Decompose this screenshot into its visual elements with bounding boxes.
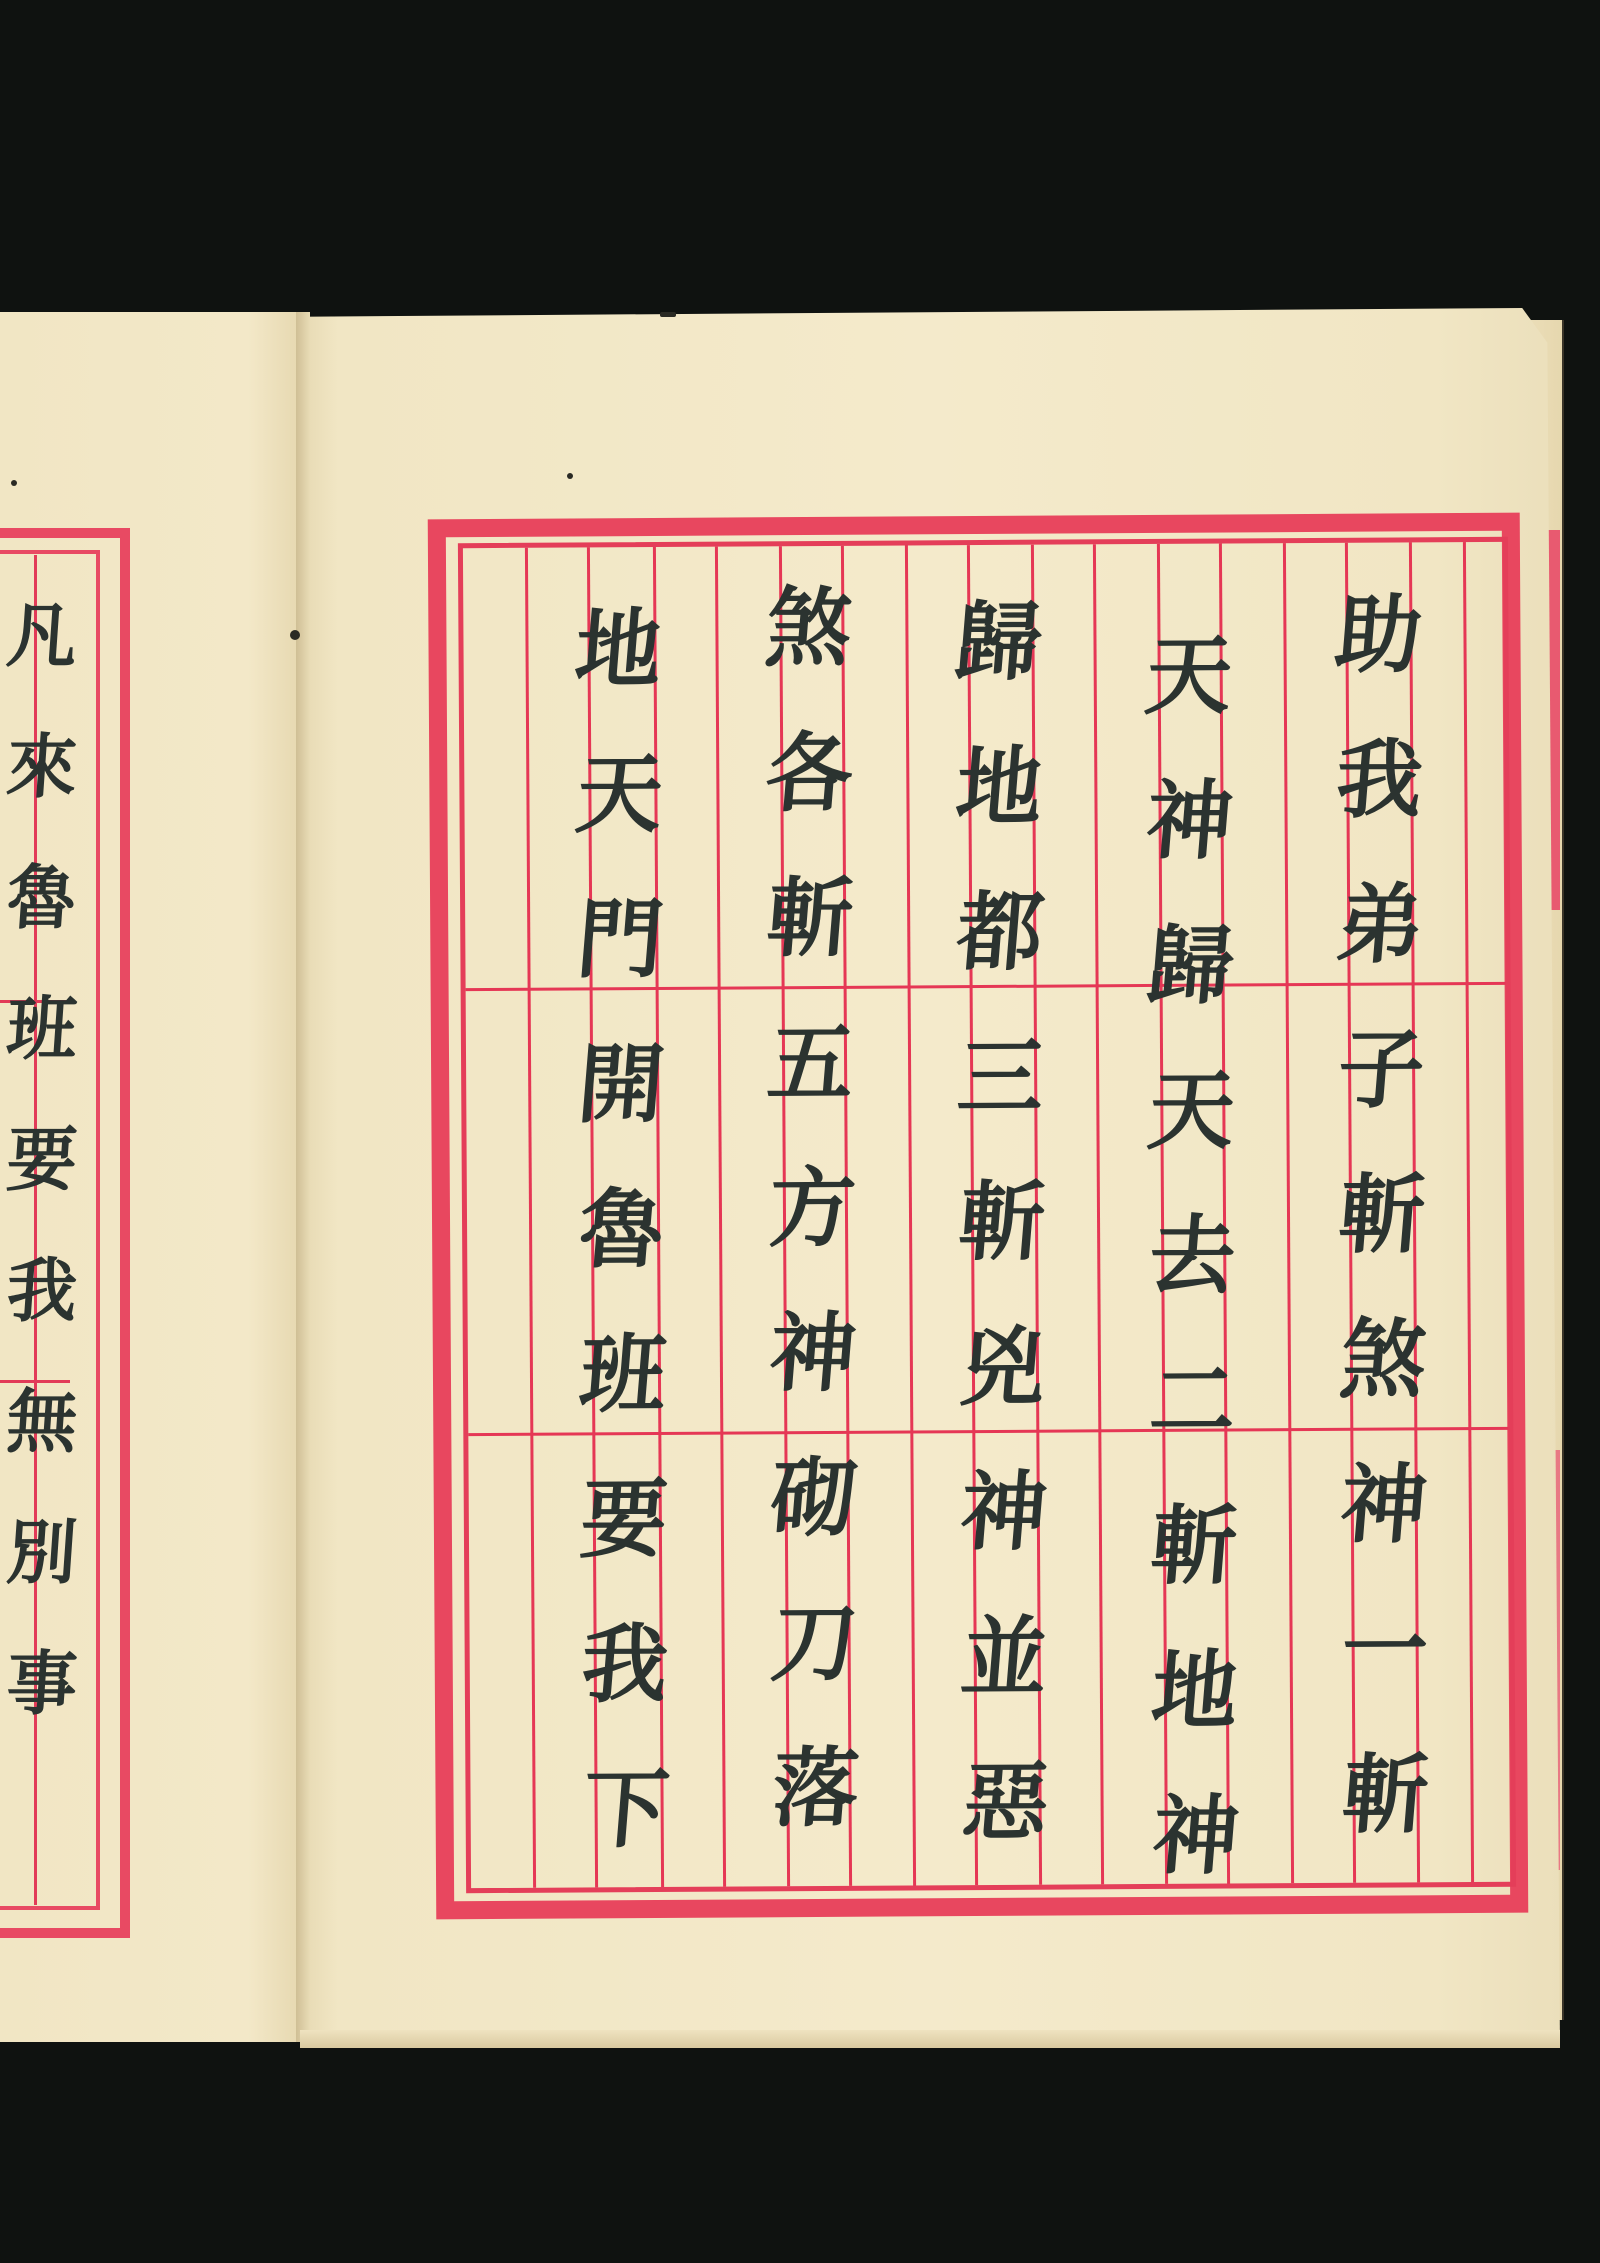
text-column-2: 天 神 歸 天 去 二 斬 地 神 (1123, 603, 1261, 1909)
character: 我 (2, 1225, 81, 1356)
character: 兇 (954, 1295, 1052, 1441)
character: 開 (572, 1012, 670, 1158)
character: 刀 (766, 1571, 864, 1717)
text-column-5: 地 天 門 開 魯 班 要 我 下 (553, 577, 691, 1883)
character: 地 (1146, 1618, 1244, 1764)
character: 神 (1141, 748, 1239, 894)
ink-spot (290, 630, 300, 640)
character: 要 (575, 1447, 673, 1593)
character: 一 (1336, 1577, 1434, 1723)
ink-spot (11, 480, 17, 486)
character: 地 (570, 577, 668, 723)
character: 助 (1330, 562, 1428, 708)
character: 天 (1140, 603, 1238, 749)
character: 煞 (1334, 1287, 1432, 1433)
character: 都 (951, 860, 1049, 1006)
character: 方 (763, 1136, 861, 1282)
character: 來 (2, 701, 81, 832)
ink-mark (660, 312, 676, 317)
character: 煞 (760, 556, 858, 702)
character: 砌 (765, 1426, 863, 1572)
character: 神 (1335, 1432, 1433, 1578)
character: 地 (950, 715, 1048, 861)
character: 弟 (1331, 852, 1429, 998)
text-column-1: 助 我 弟 子 斬 煞 神 一 斬 (1313, 562, 1451, 1868)
character: 魯 (573, 1157, 671, 1303)
character: 歸 (1142, 893, 1240, 1039)
character: 斬 (1337, 1722, 1435, 1868)
character: 五 (762, 991, 860, 1137)
character: 神 (1147, 1763, 1245, 1909)
text-column-4: 煞 各 斬 五 方 神 砌 刀 落 (743, 556, 881, 1862)
character: 並 (956, 1585, 1054, 1731)
character: 魯 (2, 832, 81, 963)
character: 下 (577, 1737, 675, 1883)
left-page-text-column: 凡 來 魯 班 要 我 無 別 事 (2, 570, 82, 1749)
character: 我 (1330, 707, 1428, 853)
character: 去 (1143, 1183, 1241, 1329)
character: 二 (1144, 1328, 1242, 1474)
character: 神 (955, 1440, 1053, 1586)
character: 歸 (950, 570, 1048, 716)
character: 事 (2, 1618, 81, 1749)
character: 斬 (1333, 1142, 1431, 1288)
ink-spot (567, 473, 573, 479)
character: 惡 (957, 1730, 1055, 1876)
character: 別 (2, 1487, 81, 1618)
character: 子 (1332, 997, 1430, 1143)
character: 班 (2, 963, 81, 1094)
text-columns: 助 我 弟 子 斬 煞 神 一 斬 天 神 歸 天 去 二 斬 地 神 歸 地 … (463, 542, 1511, 1888)
character: 三 (952, 1005, 1050, 1151)
character: 各 (760, 701, 858, 847)
character: 落 (767, 1716, 865, 1862)
character: 門 (571, 867, 669, 1013)
character: 無 (2, 1356, 81, 1487)
character: 我 (576, 1592, 674, 1738)
text-column-3: 歸 地 都 三 斬 兇 神 並 惡 (933, 570, 1071, 1876)
page-bottom-edge (300, 2030, 1560, 2048)
character: 神 (764, 1281, 862, 1427)
book-gutter (296, 312, 310, 2042)
character: 要 (2, 1094, 81, 1225)
character: 斬 (953, 1150, 1051, 1296)
character: 凡 (2, 570, 81, 701)
character: 斬 (761, 846, 859, 992)
character: 天 (571, 722, 669, 868)
character: 斬 (1145, 1473, 1243, 1619)
character: 天 (1142, 1038, 1240, 1184)
character: 班 (574, 1302, 672, 1448)
